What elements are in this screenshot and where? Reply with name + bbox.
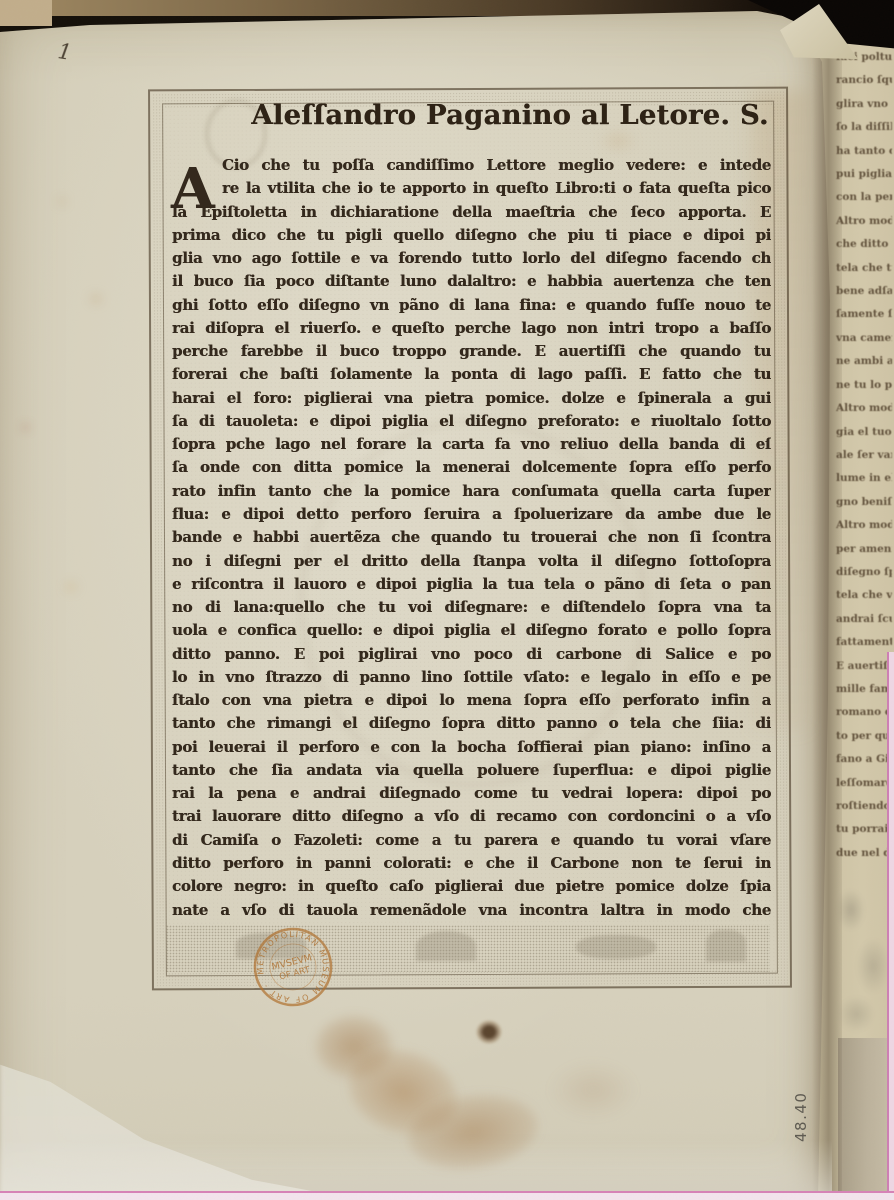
text-line: bande e habbi auertẽza che quando tu tro… bbox=[172, 528, 771, 551]
text-line: ditto perforo in panni colorati: e che i… bbox=[172, 854, 771, 877]
adjacent-text-line: ſamente ſigu bbox=[836, 303, 892, 326]
text-line: uola e confica quello: e dipoi piglia el… bbox=[172, 621, 771, 644]
foxing-spot bbox=[598, 128, 638, 154]
text-line: rato infin tanto che la pomice hara conſ… bbox=[172, 482, 771, 505]
text-line: harai el foro: piglierai vna pietra pomi… bbox=[172, 389, 771, 412]
text-line: no i diſegni per el dritto della ſtanpa … bbox=[172, 552, 771, 575]
text-line: ditto panno. E poi piglirai vno poco di … bbox=[172, 645, 771, 668]
text-line: il buco ſia poco diſtante luno dalaltro:… bbox=[172, 272, 771, 295]
text-line: no di lana:quello che tu voi diſegnare: … bbox=[172, 598, 771, 621]
adjacent-text-line: ale ſer vanno bbox=[836, 444, 892, 467]
text-line: la Epiſtoletta in dichiaratione della ma… bbox=[172, 203, 771, 226]
text-line: ſa onde con ditta pomice la menerai dolc… bbox=[172, 458, 771, 481]
adjacent-text-line: tu porrai intr bbox=[836, 818, 892, 841]
adjacent-text-line: lume in ella c bbox=[836, 467, 892, 490]
adjacent-text-line: per ameniſe t bbox=[836, 538, 892, 561]
photo-border-bottom bbox=[0, 1191, 894, 1200]
text-line: rai la pena e andrai diſegnado come tu v… bbox=[172, 784, 771, 807]
adjacent-text-line: che ditto mo bbox=[836, 233, 892, 256]
cover-corner bbox=[0, 0, 52, 26]
adjacent-text-line: leſſomare co bbox=[836, 772, 892, 795]
text-line: ghi ſotto eſſo diſegno vn pãno di lana f… bbox=[172, 296, 771, 319]
text-line: ſa di tauoleta: e dipoi piglia el diſegn… bbox=[172, 412, 771, 435]
text-line: tanto che ſia andata via quella poluere … bbox=[172, 761, 771, 784]
adjacent-text-line: bene adſa e t bbox=[836, 280, 892, 303]
adjacent-text-line: glira vno po bbox=[836, 93, 892, 116]
adjacent-text-line: E auertiſſe La bbox=[836, 655, 892, 678]
page-title: Aleſſandro Paganino al Letore. S. bbox=[234, 99, 786, 131]
text-line: re la vtilita che io te apporto in queſt… bbox=[172, 179, 771, 202]
red-fleck bbox=[22, 424, 29, 431]
text-line: ſtalo con vna pietra e dipoi lo mena ſop… bbox=[172, 691, 771, 714]
adjacent-text-line: vna camera e bbox=[836, 327, 892, 350]
adjacent-text-line: gno beniſſim bbox=[836, 491, 892, 514]
foxing-spot bbox=[88, 292, 104, 306]
text-line: glia vno ago ſottile e va forendo tutto … bbox=[172, 249, 771, 272]
text-line: rai diſopra el riuerſo. e queſto perche … bbox=[172, 319, 771, 342]
text-line: di Camiſa o Fazoleti: come a tu parera e… bbox=[172, 831, 771, 854]
page-stack-edge bbox=[838, 1038, 890, 1200]
adjacent-text-line: tela che tu ve bbox=[836, 257, 892, 280]
adjacent-text-line: Altro modo e bbox=[836, 210, 892, 233]
adjacent-text-line: fano a Giupp bbox=[836, 748, 892, 771]
text-line: Cio che tu poſſa candiſſimo Lettore megl… bbox=[172, 156, 771, 179]
book-photograph: ſaci poltunerancio ſquaglira vno poſo la… bbox=[0, 0, 894, 1200]
manuscript-page: Aleſſandro Paganino al Letore. S. A Cio … bbox=[0, 0, 832, 1200]
adjacent-text-line: Altro modo p bbox=[836, 514, 892, 537]
text-line: e riſcontra il lauoro e dipoi piglia la … bbox=[172, 575, 771, 598]
body-text: Cio che tu poſſa candiſſimo Lettore megl… bbox=[172, 156, 771, 924]
text-line: nate a vſo di tauola remenãdole vna inco… bbox=[172, 901, 771, 924]
adjacent-text-line: con la pena. bbox=[836, 186, 892, 209]
adjacent-text-line: mille familia bbox=[836, 678, 892, 701]
text-line: trai lauorare ditto diſegno a vſo di rec… bbox=[172, 807, 771, 830]
foxing-spot bbox=[62, 580, 80, 594]
adjacent-woodcut-ghost bbox=[834, 878, 890, 1038]
text-line: perche farebbe il buco troppo grande. E … bbox=[172, 342, 771, 365]
water-stain bbox=[548, 1060, 638, 1120]
adjacent-text-line: ne ambi ai cu bbox=[836, 350, 892, 373]
text-line: ſopra pche lago nel forare la carta fa v… bbox=[172, 435, 771, 458]
adjacent-text-line: romano comp bbox=[836, 701, 892, 724]
text-line: forerai che baſti ſolamente la ponta di … bbox=[172, 365, 771, 388]
text-line: poi leuerai il perforo e con la bocha ſo… bbox=[172, 738, 771, 761]
adjacent-text-line: ſo la diſſilar bbox=[836, 116, 892, 139]
text-line: flua: e dipoi detto perforo ſeruira a ſp… bbox=[172, 505, 771, 528]
ink-spot bbox=[476, 1020, 502, 1044]
handwritten-accession-number: 48.40 bbox=[792, 1092, 810, 1142]
photo-border-right bbox=[887, 652, 894, 1200]
text-line: lo in vno ſtrazzo di panno lino ſottile … bbox=[172, 668, 771, 691]
adjacent-text-line: gia el tuo diſe bbox=[836, 421, 892, 444]
adjacent-text-line: Altro modo ſ bbox=[836, 397, 892, 420]
adjacent-text-line: fattamente u bbox=[836, 631, 892, 654]
text-line: tanto che rimangi el diſegno ſopra ditto… bbox=[172, 714, 771, 737]
adjacent-page-text: ſaci poltunerancio ſquaglira vno poſo la… bbox=[836, 46, 892, 865]
adjacent-text-line: ne tu lo portr bbox=[836, 374, 892, 397]
adjacent-text-line: diſegno ſpert bbox=[836, 561, 892, 584]
gutter-shadow bbox=[812, 0, 842, 1200]
adjacent-text-line: rancio ſqua bbox=[836, 69, 892, 92]
text-line: colore negro: in queſto caſo piglierai d… bbox=[172, 877, 771, 900]
adjacent-text-line: pui piglia vn bbox=[836, 163, 892, 186]
text-line: prima dico che tu pigli quello diſegno c… bbox=[172, 226, 771, 249]
adjacent-text-line: ha tanto che bbox=[836, 140, 892, 163]
adjacent-text-line: roſtiendo col bbox=[836, 795, 892, 818]
foxing-spot bbox=[56, 196, 68, 207]
adjacent-text-line: andrai ſcump bbox=[836, 608, 892, 631]
adjacent-text-line: to per quello: bbox=[836, 725, 892, 748]
adjacent-text-line: tela che vui a bbox=[836, 584, 892, 607]
adjacent-text-line: due nel diſegn bbox=[836, 842, 892, 865]
